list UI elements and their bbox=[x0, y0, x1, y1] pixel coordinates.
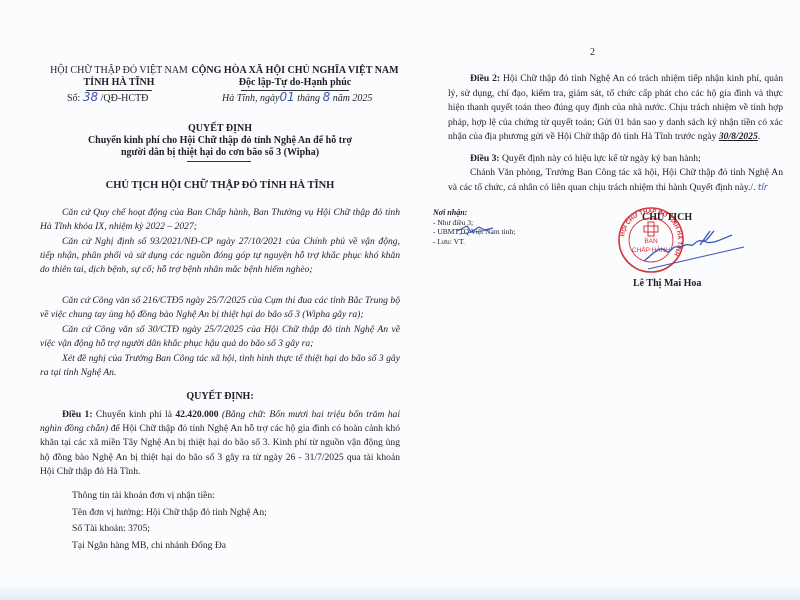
handwritten-initials: tlr bbox=[758, 183, 768, 193]
article-2: Điều 2: Hội Chữ thập đỏ tỉnh Nghệ An có … bbox=[448, 72, 783, 145]
article-1: Điều 1: Chuyển kinh phí là 42.420.000 (B… bbox=[40, 408, 400, 479]
scan-edge-shadow bbox=[0, 584, 800, 600]
number-suffix: /QĐ-HCTĐ bbox=[101, 93, 149, 104]
year-text: năm 2025 bbox=[333, 93, 373, 104]
document-subtitle-line1: Chuyển kinh phí cho Hội Chữ thập đỏ tỉnh… bbox=[40, 135, 400, 147]
article-1-text: Chuyển kinh phí là bbox=[93, 409, 176, 420]
decision-heading: QUYẾT ĐỊNH: bbox=[40, 391, 400, 402]
issue-date: Hà Tĩnh, ngày01 tháng 8 năm 2025 bbox=[222, 90, 372, 104]
account-number: Số Tài khoản: 3705; bbox=[72, 521, 267, 538]
bank-name: Tại Ngân hàng MB, chi nhánh Đống Đa bbox=[72, 538, 267, 555]
signer-name: Lê Thị Mai Hoa bbox=[633, 278, 701, 289]
signature-title: CHỦ TỊCH bbox=[642, 212, 692, 223]
issuing-authority: CHỦ TỊCH HỘI CHỮ THẬP ĐỎ TỈNH HÀ TĨNH bbox=[40, 180, 400, 191]
date-prefix: Hà Tĩnh, ngày bbox=[222, 93, 280, 104]
preamble-item: Căn cứ Công văn số 216/CTĐ5 ngày 25/7/20… bbox=[40, 294, 400, 322]
country-name: CỘNG HÒA XÃ HỘI CHỦ NGHĨA VIỆT NAM bbox=[190, 65, 400, 77]
decision-number: Số: 38 /QĐ-HCTĐ bbox=[67, 90, 148, 104]
archive-initial-scribble bbox=[455, 222, 495, 236]
execution-clause-text: Chánh Văn phòng, Trưởng Ban Công tác xã … bbox=[448, 167, 783, 193]
due-date: 30/8/2025 bbox=[719, 131, 758, 142]
header-national: CỘNG HÒA XÃ HỘI CHỦ NGHĨA VIỆT NAM Độc l… bbox=[190, 65, 400, 91]
national-motto: Độc lập-Tự do-Hạnh phúc bbox=[190, 77, 400, 89]
document-title: QUYẾT ĐỊNH bbox=[40, 123, 400, 135]
article-3: Điều 3: Quyết định này có hiệu lực kể từ… bbox=[448, 152, 783, 167]
day-handwritten: 01 bbox=[280, 90, 295, 104]
province-name: TỈNH HÀ TĨNH bbox=[47, 77, 191, 89]
article-3-label: Điều 3: bbox=[470, 153, 500, 164]
header-organization: HỘI CHỮ THẬP ĐỎ VIỆT NAM TỈNH HÀ TĨNH bbox=[47, 65, 191, 91]
month-label: tháng bbox=[297, 93, 320, 104]
month-handwritten: 8 bbox=[323, 90, 331, 104]
beneficiary-name: Tên đơn vị hưởng: Hội Chữ thập đỏ tỉnh N… bbox=[72, 505, 267, 522]
recipients-label: Nơi nhận: bbox=[433, 208, 515, 218]
account-heading: Thông tin tài khoản đơn vị nhận tiền: bbox=[72, 488, 267, 505]
execution-clause: Chánh Văn phòng, Trưởng Ban Công tác xã … bbox=[448, 166, 783, 195]
recipient-item: - Lưu: VT. bbox=[433, 237, 515, 247]
number-label: Số: bbox=[67, 93, 80, 104]
article-1-label: Điều 1: bbox=[62, 409, 93, 420]
preamble-item: Căn cứ Công văn số 30/CTĐ ngày 25/7/2025… bbox=[40, 323, 400, 351]
title-underline bbox=[187, 161, 251, 162]
preamble-item: Căn cứ Quy chế hoạt động của Ban Chấp hà… bbox=[40, 206, 400, 234]
transfer-amount: 42.420.000 bbox=[175, 409, 218, 420]
account-info: Thông tin tài khoản đơn vị nhận tiền: Tê… bbox=[72, 488, 267, 554]
article-2-end: . bbox=[758, 131, 760, 142]
organization-name: HỘI CHỮ THẬP ĐỎ VIỆT NAM bbox=[47, 65, 191, 77]
page-number: 2 bbox=[590, 47, 595, 58]
preamble-item: Xét đề nghị của Trưởng Ban Công tác xã h… bbox=[40, 352, 400, 380]
number-handwritten: 38 bbox=[83, 90, 98, 104]
article-2-label: Điều 2: bbox=[470, 73, 500, 84]
preamble-item: Căn cứ Nghị định số 93/2021/NĐ-CP ngày 2… bbox=[40, 235, 400, 278]
article-3-text: Quyết định này có hiệu lực kể từ ngày ký… bbox=[500, 153, 701, 164]
document-subtitle-line2: người dân bị thiệt hại do cơn bão số 3 (… bbox=[40, 147, 400, 159]
handwritten-signature bbox=[640, 225, 750, 275]
